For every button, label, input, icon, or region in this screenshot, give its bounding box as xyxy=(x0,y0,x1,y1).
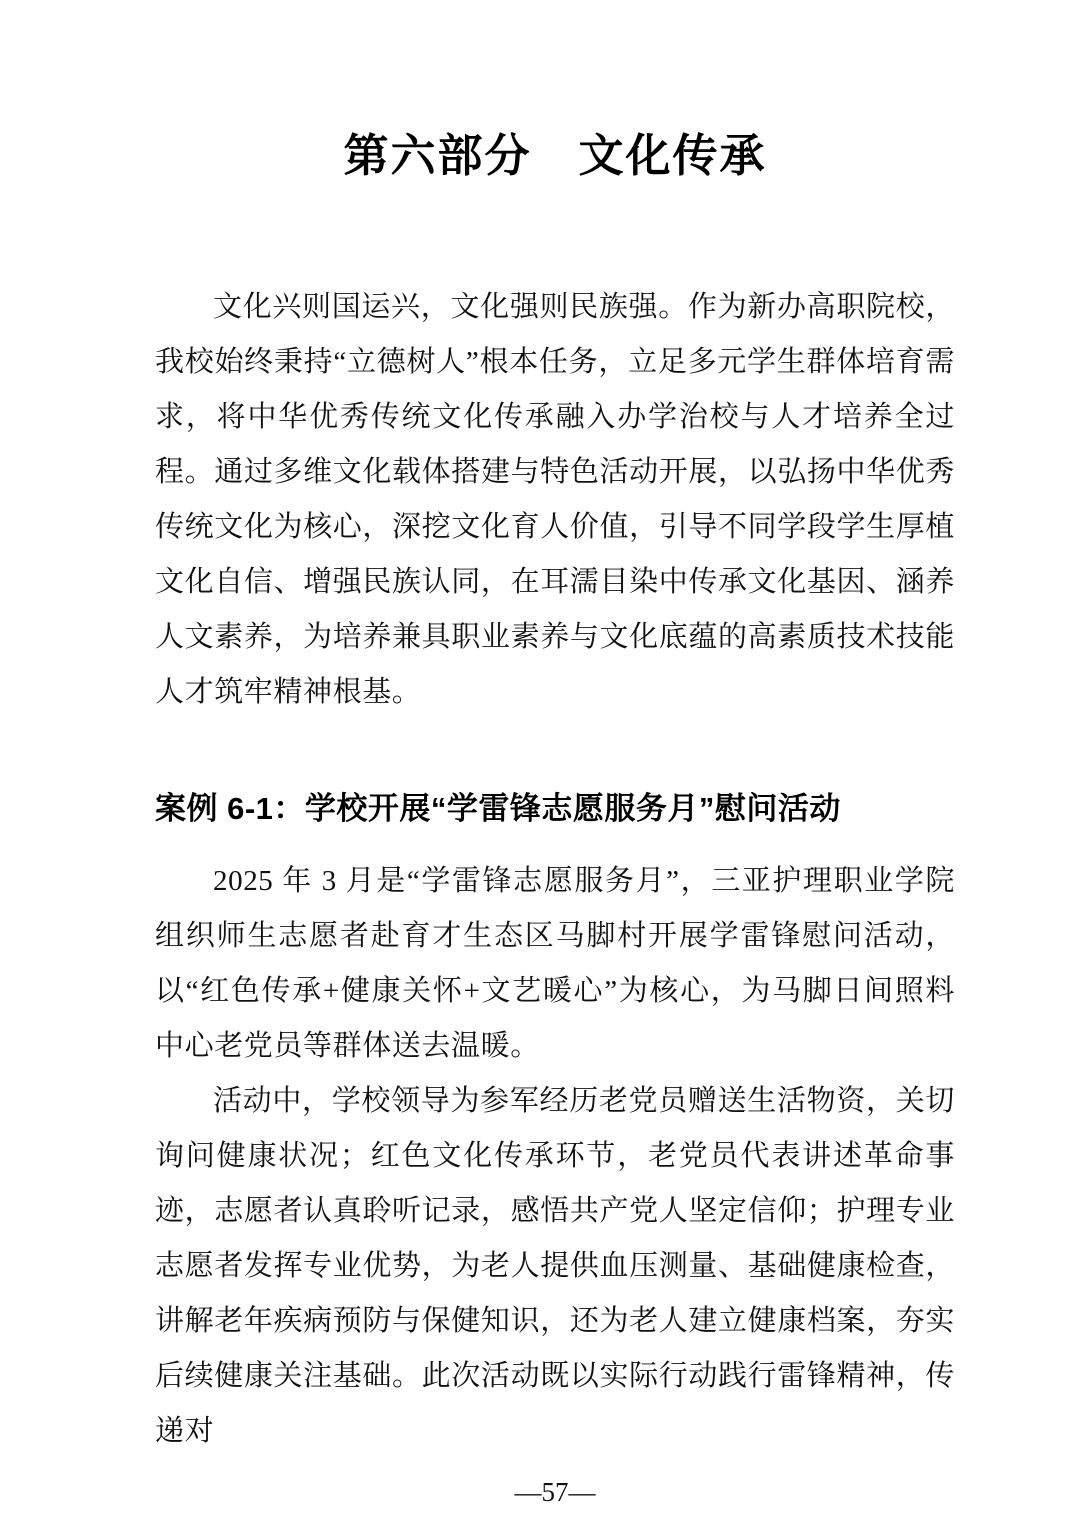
case-paragraph-2: 活动中，学校领导为参军经历老党员赠送生活物资，关切询问健康状况；红色文化传承环节… xyxy=(155,1074,955,1459)
page-title: 第六部分 文化传承 xyxy=(155,120,955,192)
intro-paragraph: 文化兴则国运兴，文化强则民族强。作为新办高职院校，我校始终秉持“立德树人”根本任… xyxy=(155,280,955,720)
case-heading: 案例 6-1：学校开展“学雷锋志愿服务月”慰问活动 xyxy=(155,786,955,832)
page-number: —57— xyxy=(155,1475,955,1509)
document-page: 第六部分 文化传承 文化兴则国运兴，文化强则民族强。作为新办高职院校，我校始终秉… xyxy=(0,0,1080,1527)
case-paragraph-1: 2025 年 3 月是“学雷锋志愿服务月”，三亚护理职业学院组织师生志愿者赴育才… xyxy=(155,854,955,1074)
